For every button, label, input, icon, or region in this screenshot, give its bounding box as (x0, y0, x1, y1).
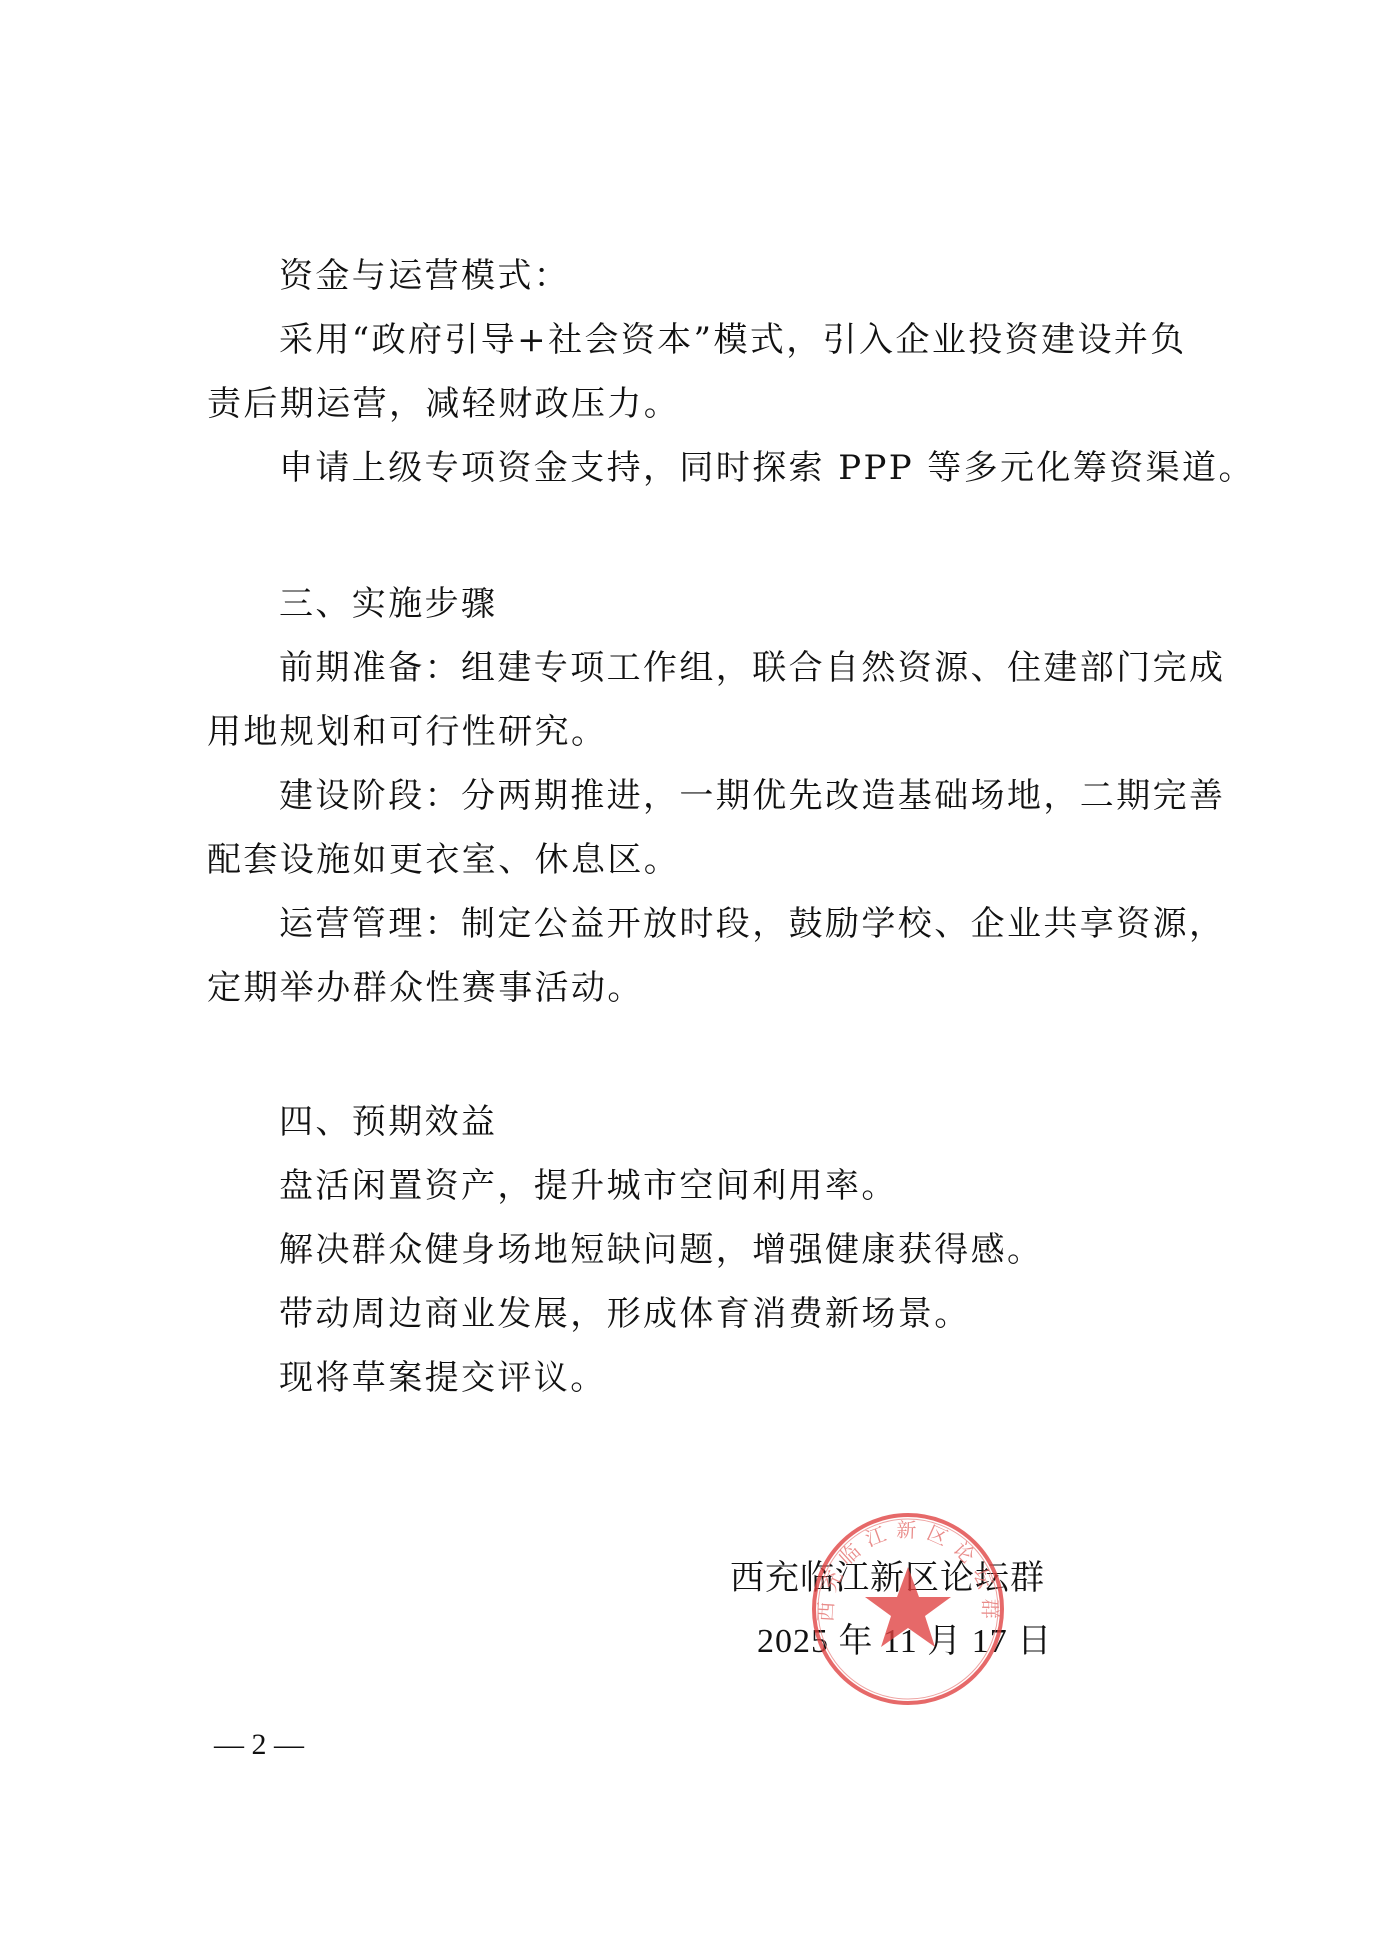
paragraph-line: 现将草案提交评议。 (279, 1358, 607, 1398)
paragraph-line: 带动周边商业发展，形成体育消费新场景。 (279, 1294, 971, 1334)
paragraph-line: 申请上级专项资金支持，同时探索 PPP 等多元化筹资渠道。 (279, 448, 1255, 488)
paragraph-line: 用地规划和可行性研究。 (207, 712, 607, 752)
paragraph-line: 前期准备：组建专项工作组，联合自然资源、住建部门完成 (279, 648, 1225, 688)
paragraph-line: 配套设施如更衣室、休息区。 (207, 840, 680, 880)
section-heading: 四、预期效益 (279, 1102, 497, 1142)
section-heading: 三、实施步骤 (279, 584, 497, 624)
document-page: 资金与运营模式： 采用“政府引导+社会资本”模式，引入企业投资建设并负 责后期运… (0, 0, 1381, 1953)
page-number: — 2 — (214, 1727, 304, 1763)
official-seal-stamp: 西充临江新区论坛群 (808, 1509, 1008, 1709)
paragraph-line: 解决群众健身场地短缺问题，增强健康获得感。 (279, 1230, 1043, 1270)
seal-icon: 西充临江新区论坛群 (808, 1509, 1008, 1709)
paragraph-line: 采用“政府引导+社会资本”模式，引入企业投资建设并负 (279, 320, 1187, 360)
signature-date: 2025 年 11 月 17 日 (757, 1622, 1052, 1662)
paragraph-line: 盘活闲置资产，提升城市空间利用率。 (279, 1166, 898, 1206)
signature-organization: 西充临江新区论坛群 (730, 1558, 1045, 1598)
paragraph-line: 定期举办群众性赛事活动。 (207, 968, 644, 1008)
paragraph-line: 责后期运营，减轻财政压力。 (207, 384, 680, 424)
paragraph-line: 建设阶段：分两期推进，一期优先改造基础场地，二期完善 (279, 776, 1225, 816)
paragraph-line: 运营管理：制定公益开放时段，鼓励学校、企业共享资源， (279, 904, 1225, 944)
section-heading: 资金与运营模式： (279, 256, 570, 296)
